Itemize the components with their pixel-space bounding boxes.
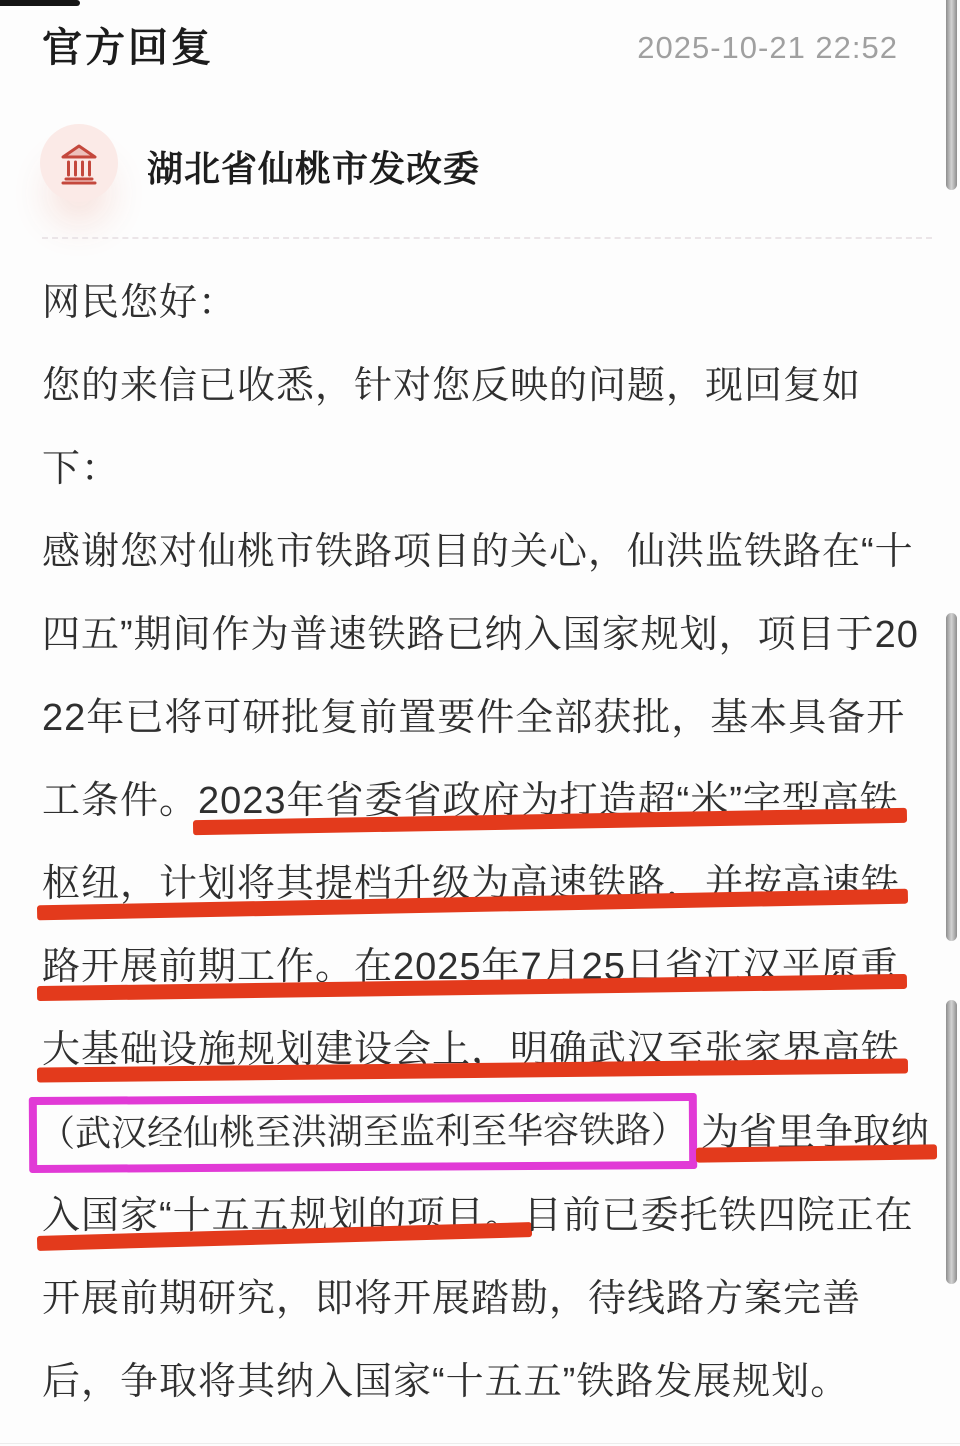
red-underlined-text: 枢纽，计划将其提档升级为高速铁路，并按高速铁 xyxy=(42,843,900,926)
body-text: 四五”期间作为普速铁路已纳入国家规划，项目于20 xyxy=(42,594,919,677)
scrollbar-thumb-top[interactable] xyxy=(946,0,957,190)
official-reply-card: 官方回复 2025-10-21 22:52 湖北省仙桃市发改委 网民您好：您的来… xyxy=(0,0,960,1446)
body-line: 路开展前期工作。在2025年7月25日省江汉平原重 xyxy=(42,926,922,1009)
scrollbar-thumb-bottom[interactable] xyxy=(946,1000,957,1284)
scrollbar-thumb-middle[interactable] xyxy=(946,613,957,941)
reply-body: 网民您好：您的来信已收悉，针对您反映的问题，现回复如下：感谢您对仙桃市铁路项目的… xyxy=(42,262,922,1424)
red-underlined-text: 大基础设施规划建设会上，明确武汉至张家界高铁 xyxy=(42,1009,900,1092)
body-line: 感谢您对仙桃市铁路项目的关心，仙洪监铁路在“十 xyxy=(42,511,922,594)
body-text: 目前已委托铁四院正在 xyxy=(524,1175,914,1258)
top-left-artifact xyxy=(0,0,80,6)
red-underlined-text: 入国家“十五五规划的项目。 xyxy=(42,1175,524,1258)
text-run: 网民您好： xyxy=(42,282,237,324)
reply-timestamp: 2025-10-21 22:52 xyxy=(637,30,898,66)
body-text: 开展前期研究，即将开展踏勘，待线路方案完善 xyxy=(42,1258,861,1341)
government-building-icon xyxy=(55,139,103,187)
red-underlined-text: 路开展前期工作。在2025年7月25日省江汉平原重 xyxy=(42,926,899,1009)
text-run: 开展前期研究，即将开展踏勘，待线路方案完善 xyxy=(42,1278,861,1320)
body-line: 下： xyxy=(42,428,922,511)
body-text: 下： xyxy=(42,428,120,511)
magenta-box-highlight: （武汉经仙桃至洪湖至监利至华容铁路） xyxy=(29,1093,697,1173)
red-underlined-text: 为省里争取纳 xyxy=(701,1092,929,1175)
red-underlined-text: 2023年省委省政府为打造超“米”字型高铁 xyxy=(198,760,899,843)
body-line: 工条件。2023年省委省政府为打造超“米”字型高铁 xyxy=(42,760,922,843)
body-text: 工条件。 xyxy=(42,760,198,843)
body-line: 后，争取将其纳入国家“十五五”铁路发展规划。 xyxy=(42,1341,922,1424)
publisher-name[interactable]: 湖北省仙桃市发改委 xyxy=(147,141,480,192)
text-run: 感谢您对仙桃市铁路项目的关心，仙洪监铁路在“十 xyxy=(42,531,914,573)
reply-type-title: 官方回复 xyxy=(42,16,214,73)
bottom-divider xyxy=(0,1443,960,1444)
body-line: 网民您好： xyxy=(42,262,922,345)
body-line: 22年已将可研批复前置要件全部获批，基本具备开 xyxy=(42,677,922,760)
publisher-avatar[interactable] xyxy=(40,124,118,202)
body-text: 网民您好： xyxy=(42,262,237,345)
body-line: 大基础设施规划建设会上，明确武汉至张家界高铁 xyxy=(42,1009,922,1092)
text-run: 22年已将可研批复前置要件全部获批，基本具备开 xyxy=(42,697,905,739)
text-run: （武汉经仙桃至洪湖至监利至华容铁路） xyxy=(39,1109,687,1154)
body-line: 您的来信已收悉，针对您反映的问题，现回复如 xyxy=(42,345,922,428)
body-line: 四五”期间作为普速铁路已纳入国家规划，项目于20 xyxy=(42,594,922,677)
text-run: 工条件。 xyxy=(42,780,198,822)
red-underline-mark xyxy=(696,1144,937,1162)
body-text: 您的来信已收悉，针对您反映的问题，现回复如 xyxy=(42,345,861,428)
body-text: 感谢您对仙桃市铁路项目的关心，仙洪监铁路在“十 xyxy=(42,511,914,594)
text-run: 目前已委托铁四院正在 xyxy=(524,1195,914,1237)
body-line: 枢纽，计划将其提档升级为高速铁路，并按高速铁 xyxy=(42,843,922,926)
body-text: 22年已将可研批复前置要件全部获批，基本具备开 xyxy=(42,677,905,760)
body-line: 开展前期研究，即将开展踏勘，待线路方案完善 xyxy=(42,1258,922,1341)
body-line: （武汉经仙桃至洪湖至监利至华容铁路）为省里争取纳 xyxy=(42,1092,922,1175)
text-run: 四五”期间作为普速铁路已纳入国家规划，项目于20 xyxy=(42,614,919,656)
text-run: 下： xyxy=(42,448,120,490)
body-line: 入国家“十五五规划的项目。目前已委托铁四院正在 xyxy=(42,1175,922,1258)
text-run: 后，争取将其纳入国家“十五五”铁路发展规划。 xyxy=(42,1361,849,1403)
dashed-divider xyxy=(42,237,932,239)
text-run: 您的来信已收悉，针对您反映的问题，现回复如 xyxy=(42,365,861,407)
body-text: 后，争取将其纳入国家“十五五”铁路发展规划。 xyxy=(42,1341,849,1424)
